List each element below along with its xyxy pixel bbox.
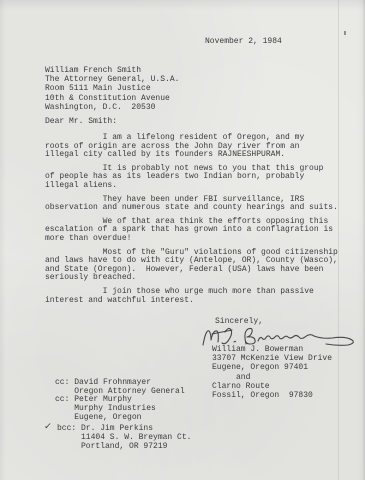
paper-crease xyxy=(338,0,339,480)
bcc-entry: bcc: Dr. Jim Perkins 11404 S. W. Breyman… xyxy=(57,424,191,451)
paragraph-3: They have been under FBI surveillance, I… xyxy=(45,196,338,213)
letter-body: I am a lifelong resident of Oregon, and … xyxy=(45,134,338,310)
salutation: Dear Mr. Smith: xyxy=(45,118,117,127)
recipient-address: William French Smith The Attorney Genera… xyxy=(45,66,179,112)
paragraph-5: Most of the "Guru" violations of good ci… xyxy=(45,249,338,283)
paragraph-1: I am a lifelong resident of Oregon, and … xyxy=(45,134,338,160)
paragraph-6: I join those who urge much more than pas… xyxy=(45,288,338,305)
checkmark-icon: ✓ xyxy=(43,422,52,432)
letter-date: November 2, 1984 xyxy=(205,38,282,47)
letter-page: November 2, 1984 William French Smith Th… xyxy=(0,0,365,480)
cc-list: cc: David Frohnmayer Oregon Attorney Gen… xyxy=(55,379,185,423)
paragraph-4: We of that area think the efforts opposi… xyxy=(45,218,338,244)
paragraph-2: It is probably not news to you that this… xyxy=(45,165,338,191)
sender-address: William J. Bowerman 33707 McKenzie View … xyxy=(212,345,332,400)
paper-speck xyxy=(344,31,346,35)
